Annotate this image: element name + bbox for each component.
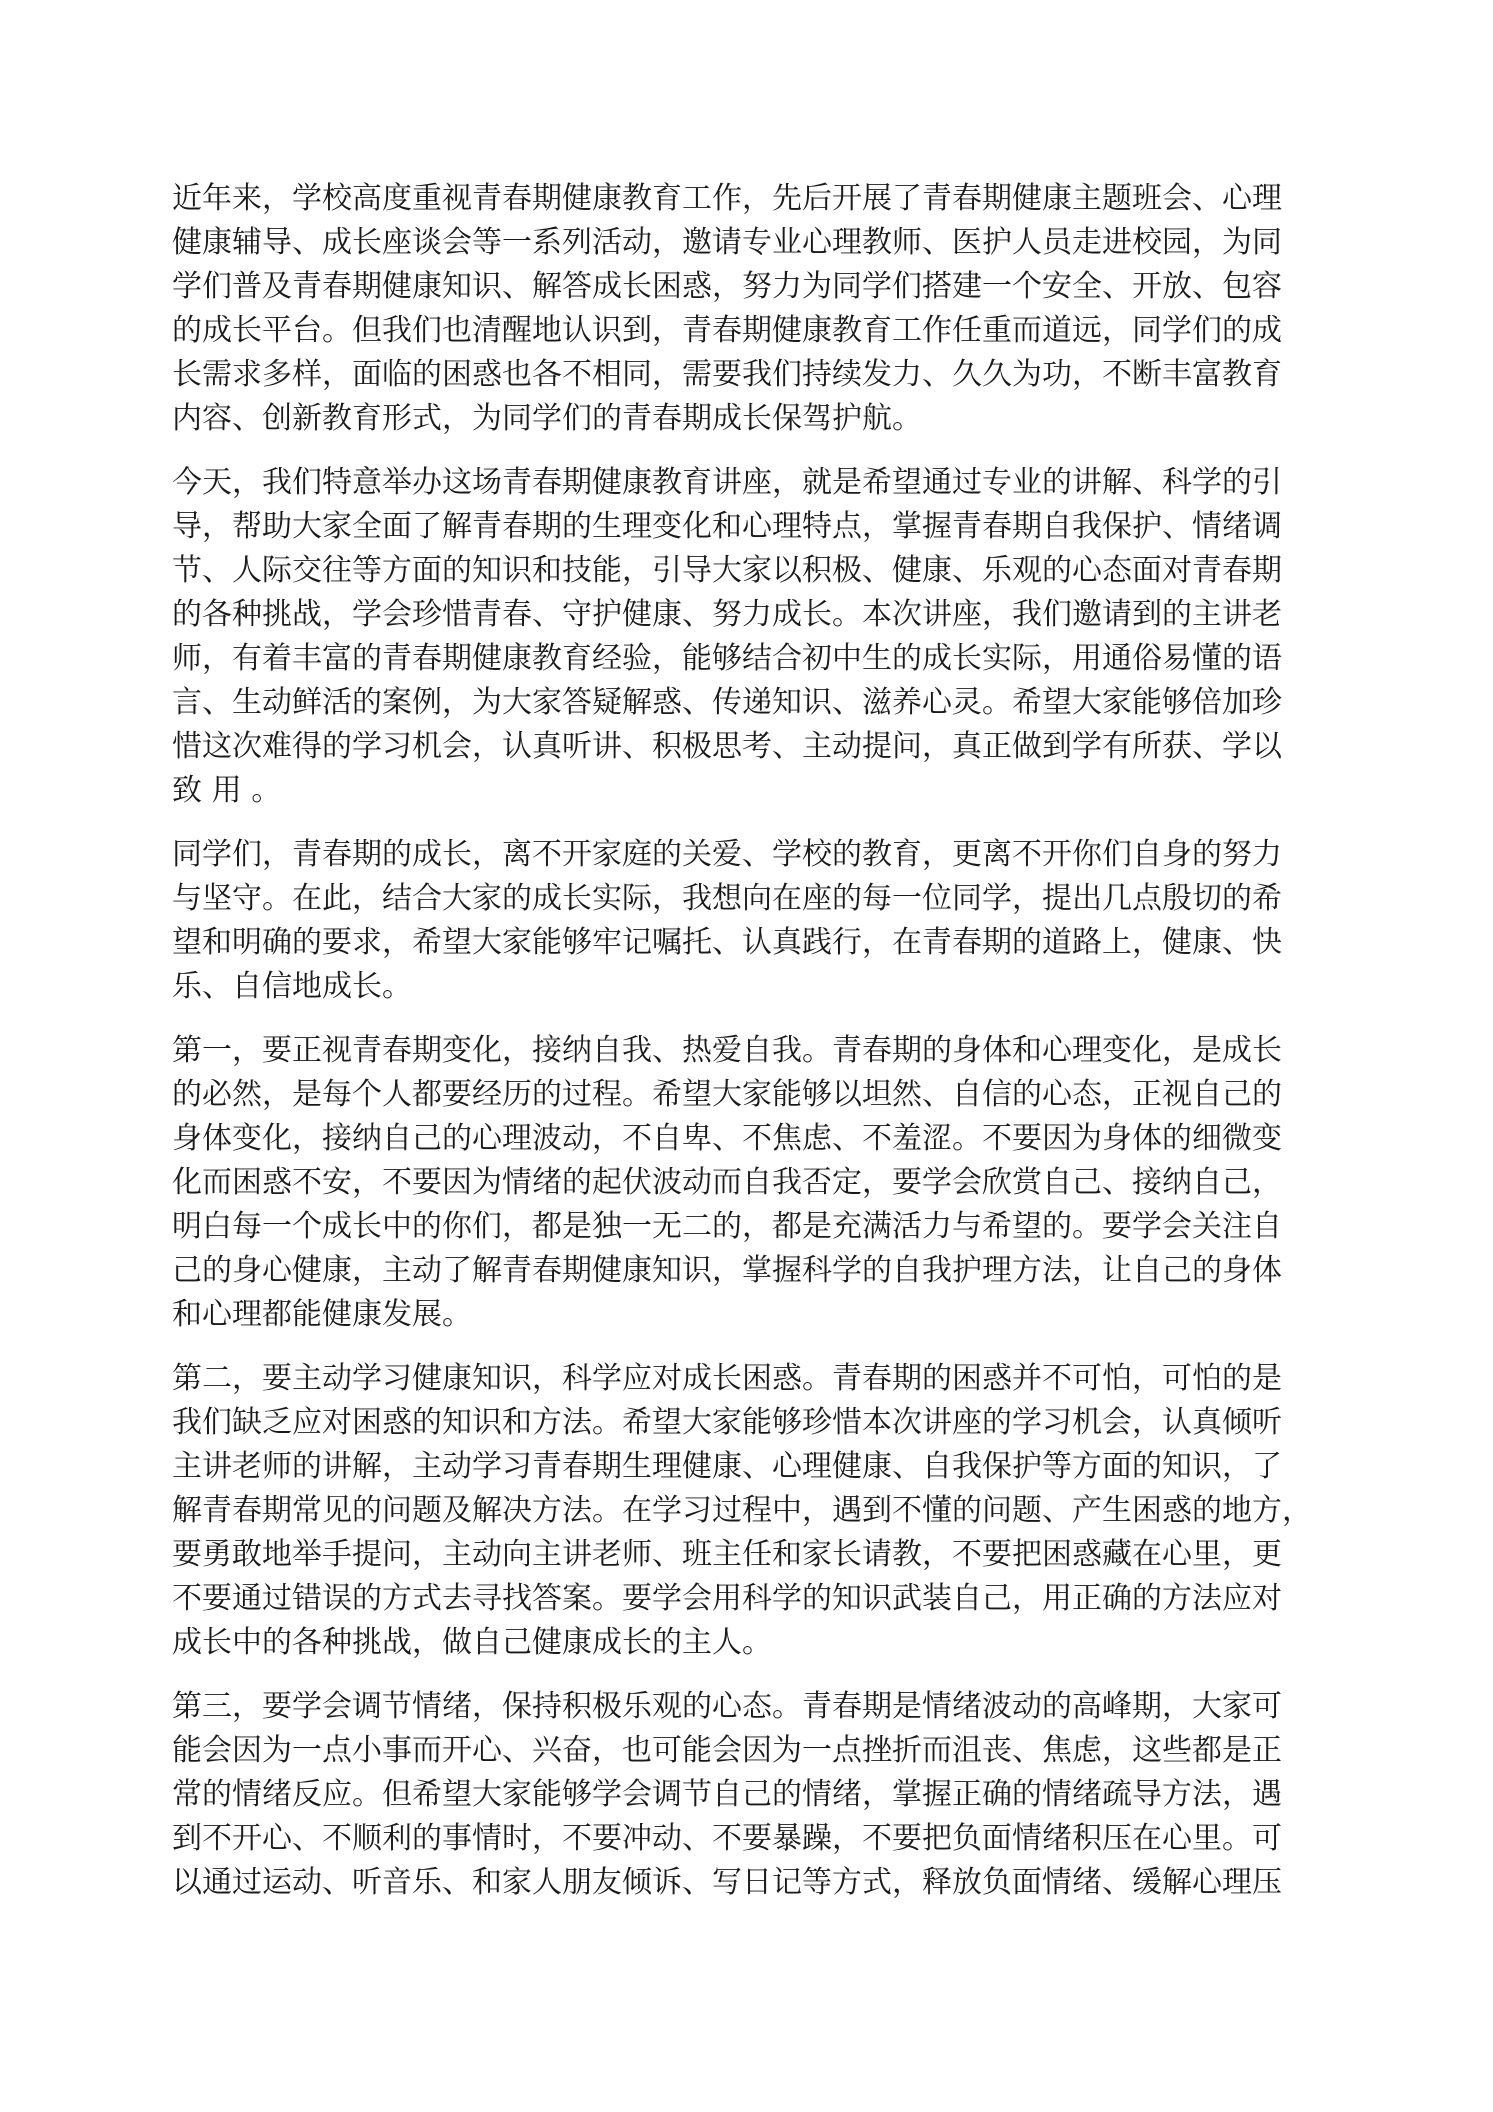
- text-line: 师，有着丰富的青春期健康教育经验，能够结合初中生的成长实际，用通俗易懂的语: [172, 637, 1282, 681]
- text-line: 惜这次难得的学习机会，认真听讲、积极思考、主动提问，真正做到学有所获、学以: [172, 725, 1282, 769]
- text-line: 化而困惑不安，不要因为情绪的起伏波动而自我否定，要学会欣赏自己、接纳自己，: [172, 1161, 1282, 1205]
- text-line: 能会因为一点小事而开心、兴奋，也可能会因为一点挫折而沮丧、焦虑，这些都是正: [172, 1729, 1282, 1773]
- text-line: 和心理都能健康发展。: [172, 1293, 1282, 1337]
- text-line: 常的情绪反应。但希望大家能够学会调节自己的情绪，掌握正确的情绪疏导方法，遇: [172, 1773, 1282, 1817]
- paragraph-3: 同学们，青春期的成长，离不开家庭的关爱、学校的教育，更离不开你们自身的努力与坚守…: [172, 833, 1282, 1009]
- text-line: 长需求多样，面临的困惑也各不相同，需要我们持续发力、久久为功，不断丰富教育: [172, 353, 1282, 397]
- text-line: 学们普及青春期健康知识、解答成长困惑，努力为同学们搭建一个安全、开放、包容: [172, 265, 1282, 309]
- text-line: 第三，要学会调节情绪，保持积极乐观的心态。青春期是情绪波动的高峰期，大家可: [172, 1685, 1282, 1729]
- text-line: 言、生动鲜活的案例，为大家答疑解惑、传递知识、滋养心灵。希望大家能够倍加珍: [172, 681, 1282, 725]
- text-line: 解青春期常见的问题及解决方法。在学习过程中，遇到不懂的问题、产生困惑的地方，: [172, 1489, 1282, 1533]
- paragraph-2: 今天，我们特意举办这场青春期健康教育讲座，就是希望通过专业的讲解、科学的引导，帮…: [172, 461, 1282, 813]
- text-line: 第一，要正视青春期变化，接纳自我、热爱自我。青春期的身体和心理变化，是成长: [172, 1029, 1282, 1073]
- text-line: 不要通过错误的方式去寻找答案。要学会用科学的知识武装自己，用正确的方法应对: [172, 1577, 1282, 1621]
- text-line: 的成长平台。但我们也清醒地认识到，青春期健康教育工作任重而道远，同学们的成: [172, 309, 1282, 353]
- text-line: 望和明确的要求，希望大家能够牢记嘱托、认真践行，在青春期的道路上，健康、快: [172, 921, 1282, 965]
- text-line: 同学们，青春期的成长，离不开家庭的关爱、学校的教育，更离不开你们自身的努力: [172, 833, 1282, 877]
- text-line: 健康辅导、成长座谈会等一系列活动，邀请专业心理教师、医护人员走进校园，为同: [172, 221, 1282, 265]
- text-line: 成长中的各种挑战，做自己健康成长的主人。: [172, 1621, 1282, 1665]
- text-line: 我们缺乏应对困惑的知识和方法。希望大家能够珍惜本次讲座的学习机会，认真倾听: [172, 1401, 1282, 1445]
- document-page: 近年来，学校高度重视青春期健康教育工作，先后开展了青春期健康主题班会、心理健康辅…: [0, 0, 1493, 2112]
- paragraph-5: 第二，要主动学习健康知识，科学应对成长困惑。青春期的困惑并不可怕，可怕的是我们缺…: [172, 1357, 1282, 1665]
- text-line: 身体变化，接纳自己的心理波动，不自卑、不焦虑、不羞涩。不要因为身体的细微变: [172, 1117, 1282, 1161]
- text-line: 致用。: [172, 769, 1282, 813]
- text-line: 明白每一个成长中的你们，都是独一无二的，都是充满活力与希望的。要学会关注自: [172, 1205, 1282, 1249]
- text-line: 近年来，学校高度重视青春期健康教育工作，先后开展了青春期健康主题班会、心理: [172, 177, 1282, 221]
- text-line: 与坚守。在此，结合大家的成长实际，我想向在座的每一位同学，提出几点殷切的希: [172, 877, 1282, 921]
- paragraph-6: 第三，要学会调节情绪，保持积极乐观的心态。青春期是情绪波动的高峰期，大家可能会因…: [172, 1685, 1282, 1905]
- text-line: 以通过运动、听音乐、和家人朋友倾诉、写日记等方式，释放负面情绪、缓解心理压: [172, 1861, 1282, 1905]
- paragraph-1: 近年来，学校高度重视青春期健康教育工作，先后开展了青春期健康主题班会、心理健康辅…: [172, 177, 1282, 441]
- document-body: 近年来，学校高度重视青春期健康教育工作，先后开展了青春期健康主题班会、心理健康辅…: [172, 177, 1282, 1925]
- text-line: 到不开心、不顺利的事情时，不要冲动、不要暴躁，不要把负面情绪积压在心里。可: [172, 1817, 1282, 1861]
- text-line: 的必然，是每个人都要经历的过程。希望大家能够以坦然、自信的心态，正视自己的: [172, 1073, 1282, 1117]
- text-line: 内容、创新教育形式，为同学们的青春期成长保驾护航。: [172, 397, 1282, 441]
- text-line: 今天，我们特意举办这场青春期健康教育讲座，就是希望通过专业的讲解、科学的引: [172, 461, 1282, 505]
- text-line: 主讲老师的讲解，主动学习青春期生理健康、心理健康、自我保护等方面的知识，了: [172, 1445, 1282, 1489]
- text-line: 节、人际交往等方面的知识和技能，引导大家以积极、健康、乐观的心态面对青春期: [172, 549, 1282, 593]
- paragraph-4: 第一，要正视青春期变化，接纳自我、热爱自我。青春期的身体和心理变化，是成长的必然…: [172, 1029, 1282, 1337]
- text-line: 乐、自信地成长。: [172, 965, 1282, 1009]
- text-line: 第二，要主动学习健康知识，科学应对成长困惑。青春期的困惑并不可怕，可怕的是: [172, 1357, 1282, 1401]
- text-line: 要勇敢地举手提问，主动向主讲老师、班主任和家长请教，不要把困惑藏在心里，更: [172, 1533, 1282, 1577]
- text-line: 的各种挑战，学会珍惜青春、守护健康、努力成长。本次讲座，我们邀请到的主讲老: [172, 593, 1282, 637]
- text-line: 己的身心健康，主动了解青春期健康知识，掌握科学的自我护理方法，让自己的身体: [172, 1249, 1282, 1293]
- text-line: 导，帮助大家全面了解青春期的生理变化和心理特点，掌握青春期自我保护、情绪调: [172, 505, 1282, 549]
